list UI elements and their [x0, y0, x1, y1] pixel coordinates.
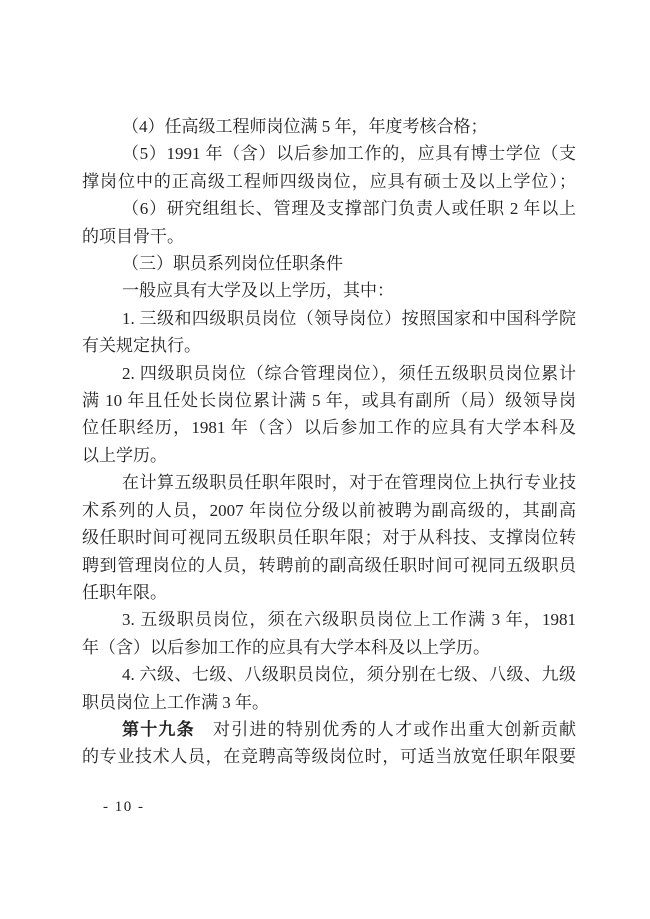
text-segment: 在计算五级职员任职年限时，对于在管理岗位上执行专业技	[122, 473, 576, 492]
text-line: （三）职员系列岗位任职条件	[82, 250, 576, 277]
text-line: 4. 六级、七级、八级职员岗位，须分别在七级、八级、九级	[82, 661, 576, 688]
text-line: 撑岗位中的正高级工程师四级岗位，应具有硕士及以上学位）；	[82, 168, 576, 195]
text-segment: 级任职时间可视同五级职员任职年限；对于从科技、支撑岗位转	[82, 528, 576, 547]
text-segment: 以上学历。	[82, 446, 167, 465]
text-segment: 任职年限。	[82, 583, 167, 602]
text-segment: 撑岗位中的正高级工程师四级岗位，应具有硕士及以上学位）；	[82, 172, 576, 191]
text-line: 以上学历。	[82, 442, 576, 469]
text-line: 1. 三级和四级职员岗位（领导岗位）按照国家和中国科学院	[82, 305, 576, 332]
text-segment: 的项目骨干。	[82, 227, 184, 246]
text-segment: 的专业技术人员，在竞聘高等级岗位时，可适当放宽任职年限要	[82, 747, 576, 766]
text-line: 满 10 年且任处长岗位累计满 5 年，或具有副所（局）级领导岗	[82, 387, 576, 414]
text-segment: 4. 六级、七级、八级职员岗位，须分别在七级、八级、九级	[122, 665, 576, 684]
article-number-heading: 第十九条	[122, 720, 195, 739]
text-line: 任职年限。	[82, 579, 576, 606]
text-line: （6）研究组组长、管理及支撑部门负责人或任职 2 年以上	[82, 195, 576, 222]
text-segment: （4）任高级工程师岗位满 5 年，年度考核合格；	[122, 117, 488, 136]
text-line: 年（含）以后参加工作的应具有大学本科及以上学历。	[82, 634, 576, 661]
text-segment: （6）研究组组长、管理及支撑部门负责人或任职 2 年以上	[122, 199, 576, 218]
text-segment: 对引进的特别优秀的人才或作出重大创新贡献	[195, 720, 576, 739]
text-line: 第十九条 对引进的特别优秀的人才或作出重大创新贡献	[82, 716, 576, 743]
text-segment: 1. 三级和四级职员岗位（领导岗位）按照国家和中国科学院	[122, 309, 576, 328]
text-segment: 2. 四级职员岗位（综合管理岗位），须任五级职员岗位累计	[122, 364, 576, 383]
text-line: （5）1991 年（含）以后参加工作的，应具有博士学位（支	[82, 140, 576, 167]
text-line: 2. 四级职员岗位（综合管理岗位），须任五级职员岗位累计	[82, 360, 576, 387]
text-segment: 职员岗位上工作满 3 年。	[82, 693, 269, 712]
text-segment: 满 10 年且任处长岗位累计满 5 年，或具有副所（局）级领导岗	[82, 391, 576, 410]
text-line: 有关规定执行。	[82, 332, 576, 359]
page-number: - 10 -	[103, 799, 145, 816]
text-segment: （5）1991 年（含）以后参加工作的，应具有博士学位（支	[122, 144, 576, 163]
text-line: 级任职时间可视同五级职员任职年限；对于从科技、支撑岗位转	[82, 524, 576, 551]
document-body: （4）任高级工程师岗位满 5 年，年度考核合格；（5）1991 年（含）以后参加…	[82, 113, 576, 771]
text-line: 的专业技术人员，在竞聘高等级岗位时，可适当放宽任职年限要	[82, 743, 576, 770]
text-segment: 术系列的人员，2007 年岗位分级以前被聘为副高级的，其副高	[82, 501, 576, 520]
text-segment: 位任职经历，1981 年（含）以后参加工作的应具有大学本科及	[82, 418, 576, 437]
text-segment: 年（含）以后参加工作的应具有大学本科及以上学历。	[82, 638, 490, 657]
text-segment: 聘到管理岗位的人员，转聘前的副高级任职时间可视同五级职员	[82, 556, 576, 575]
text-line: （4）任高级工程师岗位满 5 年，年度考核合格；	[82, 113, 576, 140]
text-line: 一般应具有大学及以上学历，其中：	[82, 277, 576, 304]
text-segment: （三）职员系列岗位任职条件	[122, 254, 343, 273]
text-line: 术系列的人员，2007 年岗位分级以前被聘为副高级的，其副高	[82, 497, 576, 524]
text-segment: 3. 五级职员岗位，须在六级职员岗位上工作满 3 年，1981	[122, 610, 576, 629]
text-line: 职员岗位上工作满 3 年。	[82, 689, 576, 716]
document-page: （4）任高级工程师岗位满 5 年，年度考核合格；（5）1991 年（含）以后参加…	[0, 0, 650, 919]
text-line: 位任职经历，1981 年（含）以后参加工作的应具有大学本科及	[82, 414, 576, 441]
text-line: 聘到管理岗位的人员，转聘前的副高级任职时间可视同五级职员	[82, 552, 576, 579]
text-line: 3. 五级职员岗位，须在六级职员岗位上工作满 3 年，1981	[82, 606, 576, 633]
text-line: 的项目骨干。	[82, 223, 576, 250]
text-segment: 一般应具有大学及以上学历，其中：	[122, 281, 394, 300]
text-line: 在计算五级职员任职年限时，对于在管理岗位上执行专业技	[82, 469, 576, 496]
text-segment: 有关规定执行。	[82, 336, 201, 355]
